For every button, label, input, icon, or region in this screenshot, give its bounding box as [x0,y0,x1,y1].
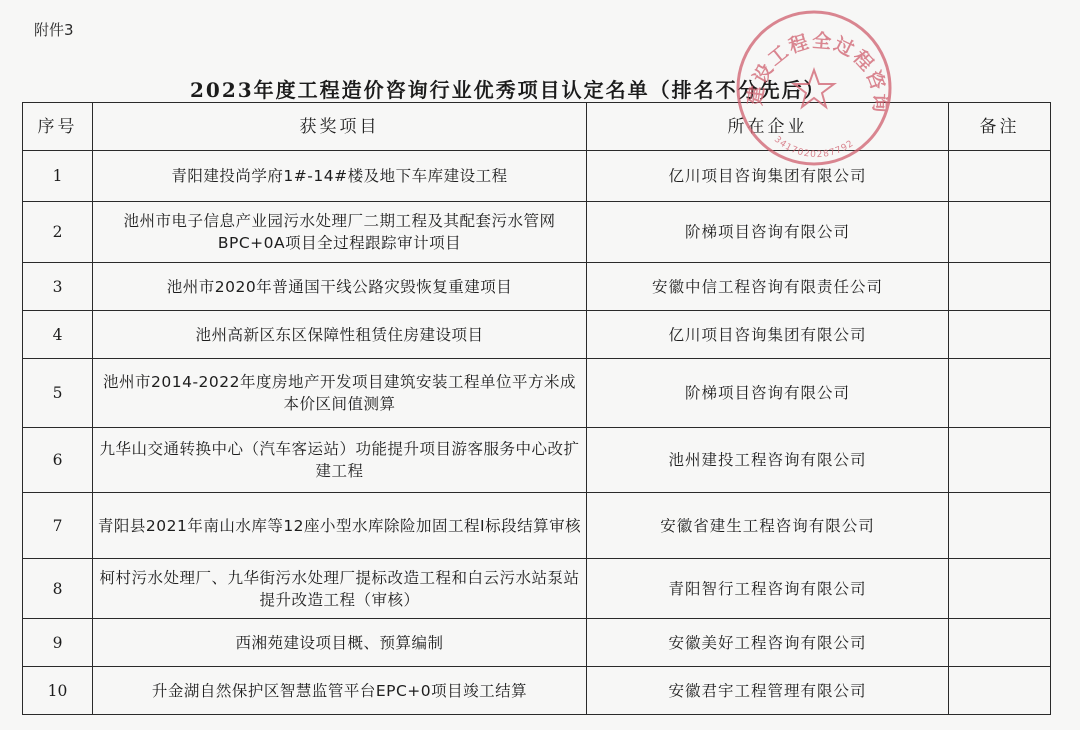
row-remark [949,151,1051,202]
table-row: 4 池州高新区东区保障性租赁住房建设项目 亿川项目咨询集团有限公司 [23,311,1051,359]
row-company: 阶梯项目咨询有限公司 [587,359,949,428]
header-project: 获奖项目 [93,103,587,151]
row-project: 池州市2020年普通国干线公路灾毁恢复重建项目 [93,263,587,311]
row-project: 青阳县2021年南山水库等12座小型水库除险加固工程I标段结算审核 [93,493,587,559]
table-header-row: 序号 获奖项目 所在企业 备注 [23,103,1051,151]
document-title: 2023年度工程造价咨询行业优秀项目认定名单（排名不分先后） [190,74,890,103]
row-index: 6 [23,428,93,493]
row-remark [949,202,1051,263]
row-company: 阶梯项目咨询有限公司 [587,202,949,263]
row-company: 亿川项目咨询集团有限公司 [587,151,949,202]
table-row: 8 柯村污水处理厂、九华街污水处理厂提标改造工程和白云污水站泵站提升改造工程（审… [23,559,1051,619]
table-row: 6 九华山交通转换中心（汽车客运站）功能提升项目游客服务中心改扩建工程 池州建投… [23,428,1051,493]
row-index: 5 [23,359,93,428]
table-row: 3 池州市2020年普通国干线公路灾毁恢复重建项目 安徽中信工程咨询有限责任公司 [23,263,1051,311]
attachment-label: 附件3 [34,19,74,40]
row-remark [949,428,1051,493]
row-company: 亿川项目咨询集团有限公司 [587,311,949,359]
table-row: 1 青阳建投尚学府1#-14#楼及地下车库建设工程 亿川项目咨询集团有限公司 [23,151,1051,202]
row-project: 柯村污水处理厂、九华街污水处理厂提标改造工程和白云污水站泵站提升改造工程（审核） [93,559,587,619]
table-row: 2 池州市电子信息产业园污水处理厂二期工程及其配套污水管网BPC+0A项目全过程… [23,202,1051,263]
row-project: 池州市2014-2022年度房地产开发项目建筑安装工程单位平方米成本价区间值测算 [93,359,587,428]
row-project: 九华山交通转换中心（汽车客运站）功能提升项目游客服务中心改扩建工程 [93,428,587,493]
row-project: 升金湖自然保护区智慧监管平台EPC+0项目竣工结算 [93,667,587,715]
row-index: 9 [23,619,93,667]
row-company: 安徽君宇工程管理有限公司 [587,667,949,715]
row-project: 西湘苑建设项目概、预算编制 [93,619,587,667]
row-company: 青阳智行工程咨询有限公司 [587,559,949,619]
row-remark [949,359,1051,428]
row-index: 2 [23,202,93,263]
header-company: 所在企业 [587,103,949,151]
row-project: 青阳建投尚学府1#-14#楼及地下车库建设工程 [93,151,587,202]
row-company: 安徽中信工程咨询有限责任公司 [587,263,949,311]
award-list-table: 序号 获奖项目 所在企业 备注 1 青阳建投尚学府1#-14#楼及地下车库建设工… [22,102,1051,715]
row-company: 安徽美好工程咨询有限公司 [587,619,949,667]
row-remark [949,263,1051,311]
row-index: 8 [23,559,93,619]
row-remark [949,311,1051,359]
row-index: 10 [23,667,93,715]
table-row: 7 青阳县2021年南山水库等12座小型水库除险加固工程I标段结算审核 安徽省建… [23,493,1051,559]
header-index: 序号 [23,103,93,151]
table-row: 5 池州市2014-2022年度房地产开发项目建筑安装工程单位平方米成本价区间值… [23,359,1051,428]
table-row: 10 升金湖自然保护区智慧监管平台EPC+0项目竣工结算 安徽君宇工程管理有限公… [23,667,1051,715]
row-remark [949,619,1051,667]
row-project: 池州高新区东区保障性租赁住房建设项目 [93,311,587,359]
row-company: 池州建投工程咨询有限公司 [587,428,949,493]
row-company: 安徽省建生工程咨询有限公司 [587,493,949,559]
row-index: 3 [23,263,93,311]
row-project: 池州市电子信息产业园污水处理厂二期工程及其配套污水管网BPC+0A项目全过程跟踪… [93,202,587,263]
row-index: 7 [23,493,93,559]
row-index: 1 [23,151,93,202]
row-index: 4 [23,311,93,359]
row-remark [949,667,1051,715]
row-remark [949,493,1051,559]
header-remark: 备注 [949,103,1051,151]
row-remark [949,559,1051,619]
table-row: 9 西湘苑建设项目概、预算编制 安徽美好工程咨询有限公司 [23,619,1051,667]
